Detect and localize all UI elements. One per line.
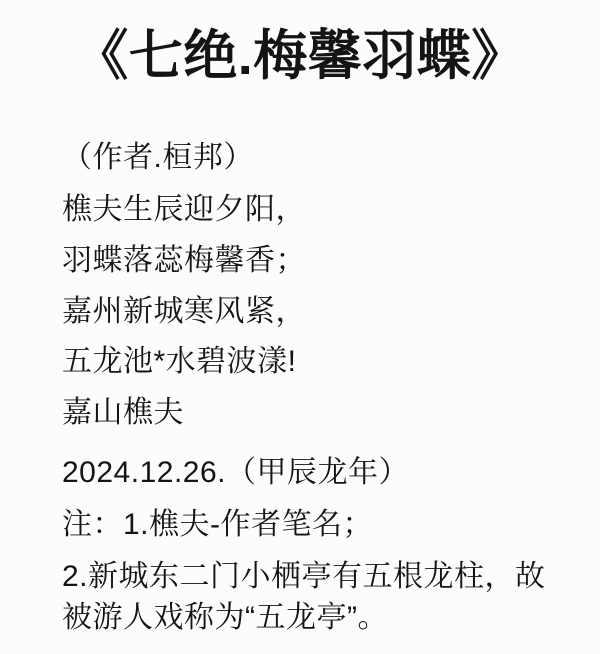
verse-line-1: 樵夫生辰迎夕阳， — [62, 193, 306, 226]
date-line: 2024.12.26.（甲辰龙年） — [62, 456, 409, 489]
poem-page: 《七绝.梅馨羽蝶》 （作者.桓邦） 樵夫生辰迎夕阳， 羽蝶落蕊梅馨香； 嘉州新城… — [0, 0, 600, 654]
note-line-1: 注：1.樵夫-作者笔名； — [62, 508, 373, 541]
poem-title: 《七绝.梅馨羽蝶》 — [0, 24, 600, 89]
verse-line-4: 五龙池*水碧波漾! — [62, 345, 297, 378]
signature-line: 嘉山樵夫 — [62, 396, 184, 429]
note-line-2: 2.新城东二门小栖亭有五根龙柱，故 — [62, 560, 546, 593]
verse-line-3: 嘉州新城寒风紧， — [62, 295, 306, 328]
note-line-3: 被游人戏称为“五龙亭”。 — [62, 601, 388, 634]
author-line: （作者.桓邦） — [62, 141, 254, 174]
verse-line-2: 羽蝶落蕊梅馨香； — [62, 244, 306, 277]
